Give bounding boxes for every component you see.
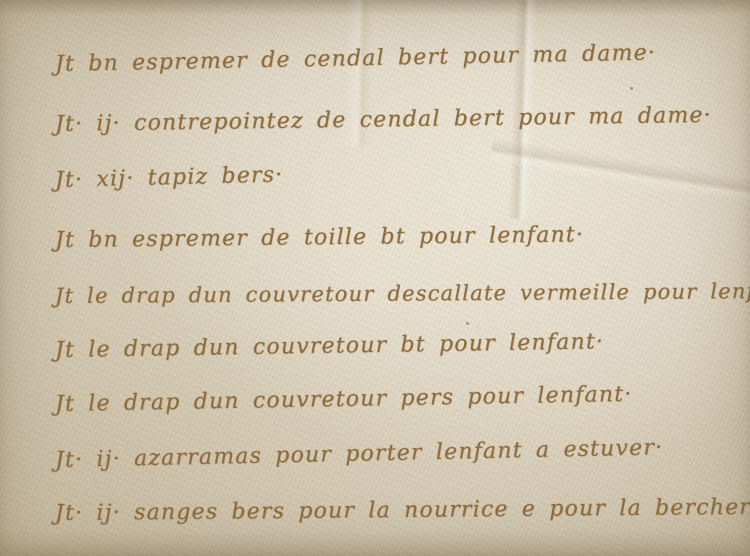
manuscript-text-block: Jt bn espremer de cendal bert pour ma da… <box>0 0 750 556</box>
manuscript-line-8: Jt· ij· azarramas pour porter lenfant a … <box>55 435 664 473</box>
manuscript-line-6: Jt le drap dun couvretour bt pour lenfan… <box>55 329 605 363</box>
manuscript-line-5: Jt le drap dun couvretour descallate ver… <box>55 279 750 308</box>
manuscript-line-3: Jt· xij· tapiz bers· <box>55 162 284 193</box>
manuscript-line-7: Jt le drap dun couvretour pers pour lenf… <box>55 382 633 417</box>
manuscript-line-9: Jt· ij· sanges bers pour la nourrice e p… <box>55 494 750 526</box>
manuscript-line-4: Jt bn espremer de toille bt pour lenfant… <box>55 222 584 253</box>
manuscript-line-1: Jt bn espremer de cendal bert pour ma da… <box>55 40 657 77</box>
manuscript-line-2: Jt· ij· contrepointez de cendal bert pou… <box>55 103 712 137</box>
manuscript-page: Jt bn espremer de cendal bert pour ma da… <box>0 0 750 556</box>
